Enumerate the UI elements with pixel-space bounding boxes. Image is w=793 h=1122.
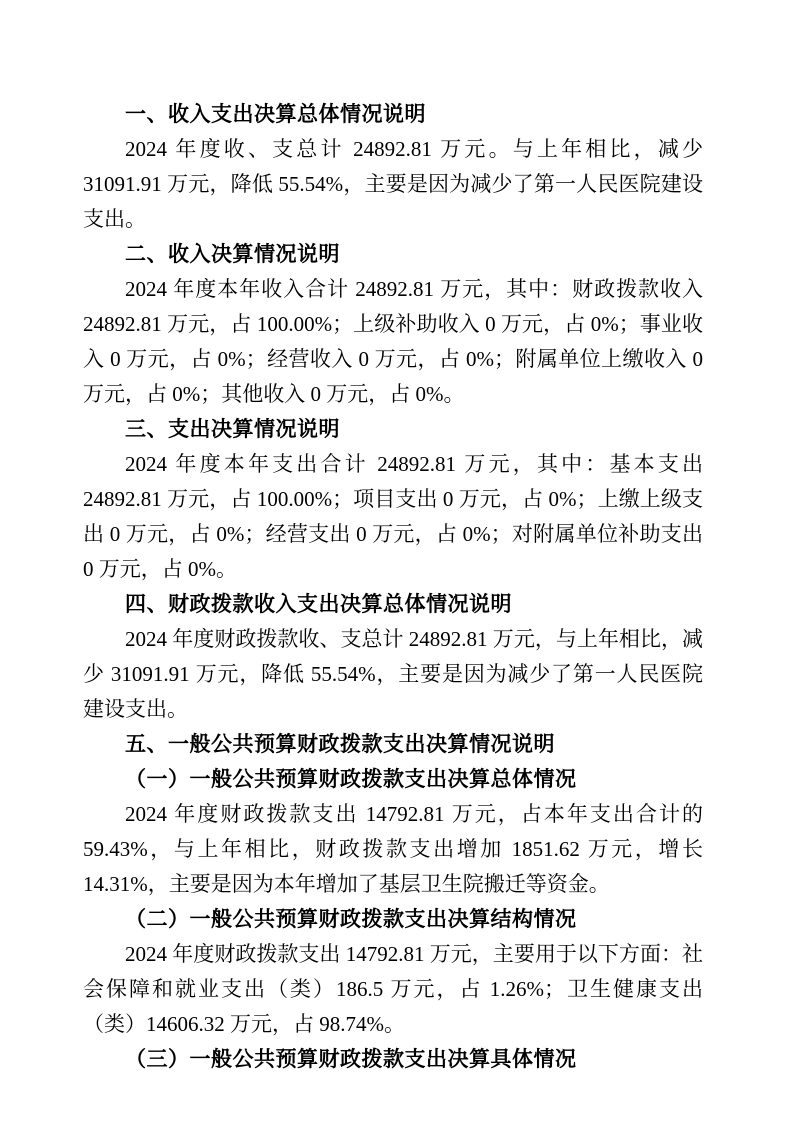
section-heading-income-final-accounts: 二、收入决算情况说明 [83,237,703,272]
section-heading-general-public-budget: 五、一般公共预算财政拨款支出决算情况说明 [83,727,703,762]
document-page: 一、收入支出决算总体情况说明 2024 年度收、支总计 24892.81 万元。… [0,0,793,1122]
paragraph-fiscal-appropriation-overall: 2024 年度财政拨款收、支总计 24892.81 万元，与上年相比，减少 31… [83,622,703,727]
subsection-heading-budget-structure: （二）一般公共预算财政拨款支出决算结构情况 [83,902,703,937]
subsection-heading-budget-details: （三）一般公共预算财政拨款支出决算具体情况 [83,1042,703,1077]
paragraph-income-final-accounts: 2024 年度本年收入合计 24892.81 万元，其中：财政拨款收入 2489… [83,272,703,412]
document-body: 一、收入支出决算总体情况说明 2024 年度收、支总计 24892.81 万元。… [83,97,703,1077]
paragraph-expenditure-final-accounts: 2024 年度本年支出合计 24892.81 万元，其中：基本支出 24892.… [83,447,703,587]
section-heading-expenditure-final-accounts: 三、支出决算情况说明 [83,412,703,447]
paragraph-income-expenditure-overall: 2024 年度收、支总计 24892.81 万元。与上年相比，减少 31091.… [83,132,703,237]
section-heading-income-expenditure-overall: 一、收入支出决算总体情况说明 [83,97,703,132]
subsection-heading-budget-overall: （一）一般公共预算财政拨款支出决算总体情况 [83,762,703,797]
paragraph-budget-structure: 2024 年度财政拨款支出 14792.81 万元，主要用于以下方面：社会保障和… [83,937,703,1042]
paragraph-budget-overall: 2024 年度财政拨款支出 14792.81 万元，占本年支出合计的 59.43… [83,797,703,902]
section-heading-fiscal-appropriation-overall: 四、财政拨款收入支出决算总体情况说明 [83,587,703,622]
